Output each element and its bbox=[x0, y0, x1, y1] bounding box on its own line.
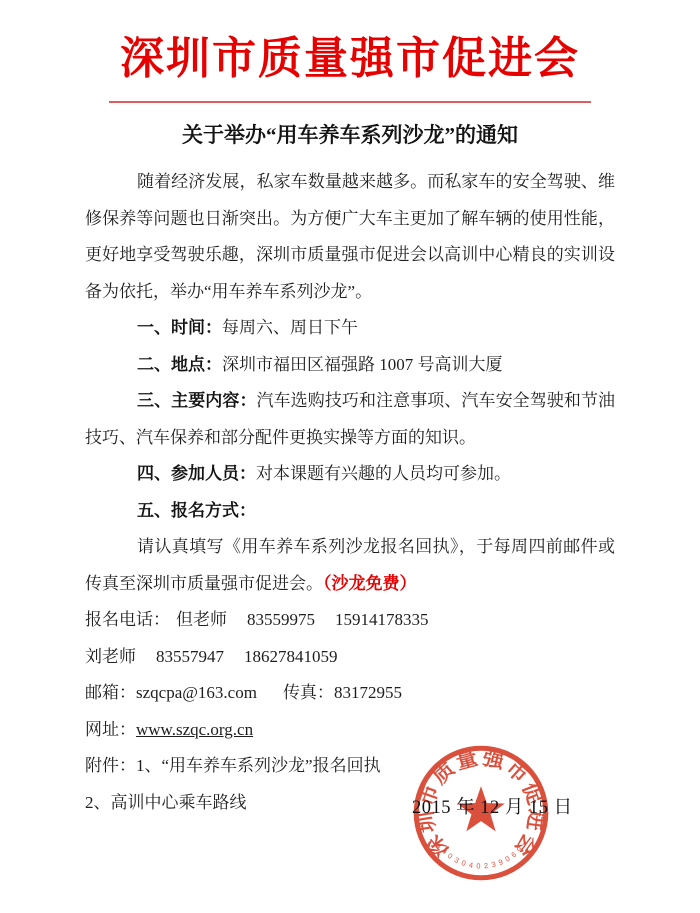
email-fax-line: 邮箱：szqcpa@163.com传真：83172955 bbox=[85, 675, 615, 712]
item-time-text: 每周六、周日下午 bbox=[222, 318, 358, 337]
doc-title: 关于举办“用车养车系列沙龙”的通知 bbox=[0, 121, 700, 150]
signup-paragraph: 请认真填写《用车养车系列沙龙报名回执》，于每周四前邮件或传真至深圳市质量强市促进… bbox=[85, 529, 615, 602]
fax-value: 83172955 bbox=[334, 683, 402, 702]
item-location-label: 二、地点： bbox=[137, 355, 222, 374]
teacher1-name: 但老师 bbox=[176, 610, 227, 629]
attachment-item-1: 1、“用车养车系列沙龙”报名回执 bbox=[136, 756, 381, 775]
teacher2-phone1: 83557947 bbox=[156, 647, 224, 666]
item-participants-text: 对本课题有兴趣的人员均可参加。 bbox=[256, 464, 511, 483]
website-label: 网址： bbox=[85, 720, 136, 739]
email-value: szqcpa@163.com bbox=[136, 683, 257, 702]
document-page: 深圳市质量强市促进会 关于举办“用车养车系列沙龙”的通知 随着经济发展，私家车数… bbox=[0, 0, 700, 913]
document-body: 随着经济发展，私家车数量越来越多。而私家车的安全驾驶、维修保养等问题也日渐突出。… bbox=[85, 164, 615, 821]
item-content: 三、主要内容：汽车选购技巧和注意事项、汽车安全驾驶和节油技巧、汽车保养和部分配件… bbox=[85, 383, 615, 456]
teacher2-phone2: 18627841059 bbox=[244, 647, 338, 666]
phone-label: 报名电话： bbox=[85, 610, 170, 629]
item-time: 一、时间：每周六、周日下午 bbox=[85, 310, 615, 347]
item-location: 二、地点：深圳市福田区福强路 1007 号高训大厦 bbox=[85, 347, 615, 384]
attachment-label: 附件： bbox=[85, 756, 136, 775]
fax-label: 传真： bbox=[283, 683, 334, 702]
header-divider bbox=[109, 101, 591, 103]
item-signup-label: 五、报名方式： bbox=[137, 501, 256, 520]
teacher1-phone1: 83559975 bbox=[247, 610, 315, 629]
item-participants-label: 四、参加人员： bbox=[137, 464, 256, 483]
org-name-heading: 深圳市质量强市促进会 bbox=[0, 0, 700, 88]
intro-paragraph: 随着经济发展，私家车数量越来越多。而私家车的安全驾驶、维修保养等问题也日渐突出。… bbox=[85, 164, 615, 310]
item-time-label: 一、时间： bbox=[137, 318, 222, 337]
phone-line-1: 报名电话：但老师8355997515914178335 bbox=[85, 602, 615, 639]
teacher2-name: 刘老师 bbox=[85, 647, 136, 666]
free-note: （沙龙免费） bbox=[323, 574, 417, 593]
website-link[interactable]: www.szqc.org.cn bbox=[136, 720, 253, 739]
issue-date: 2015 年 12 月 15 日 bbox=[412, 793, 573, 819]
item-location-text: 深圳市福田区福强路 1007 号高训大厦 bbox=[222, 355, 503, 374]
phone-line-2: 刘老师8355794718627841059 bbox=[85, 639, 615, 676]
item-content-label: 三、主要内容： bbox=[137, 391, 257, 410]
email-label: 邮箱： bbox=[85, 683, 136, 702]
item-signup: 五、报名方式： bbox=[85, 493, 615, 530]
teacher1-phone2: 15914178335 bbox=[335, 610, 429, 629]
item-participants: 四、参加人员：对本课题有兴趣的人员均可参加。 bbox=[85, 456, 615, 493]
